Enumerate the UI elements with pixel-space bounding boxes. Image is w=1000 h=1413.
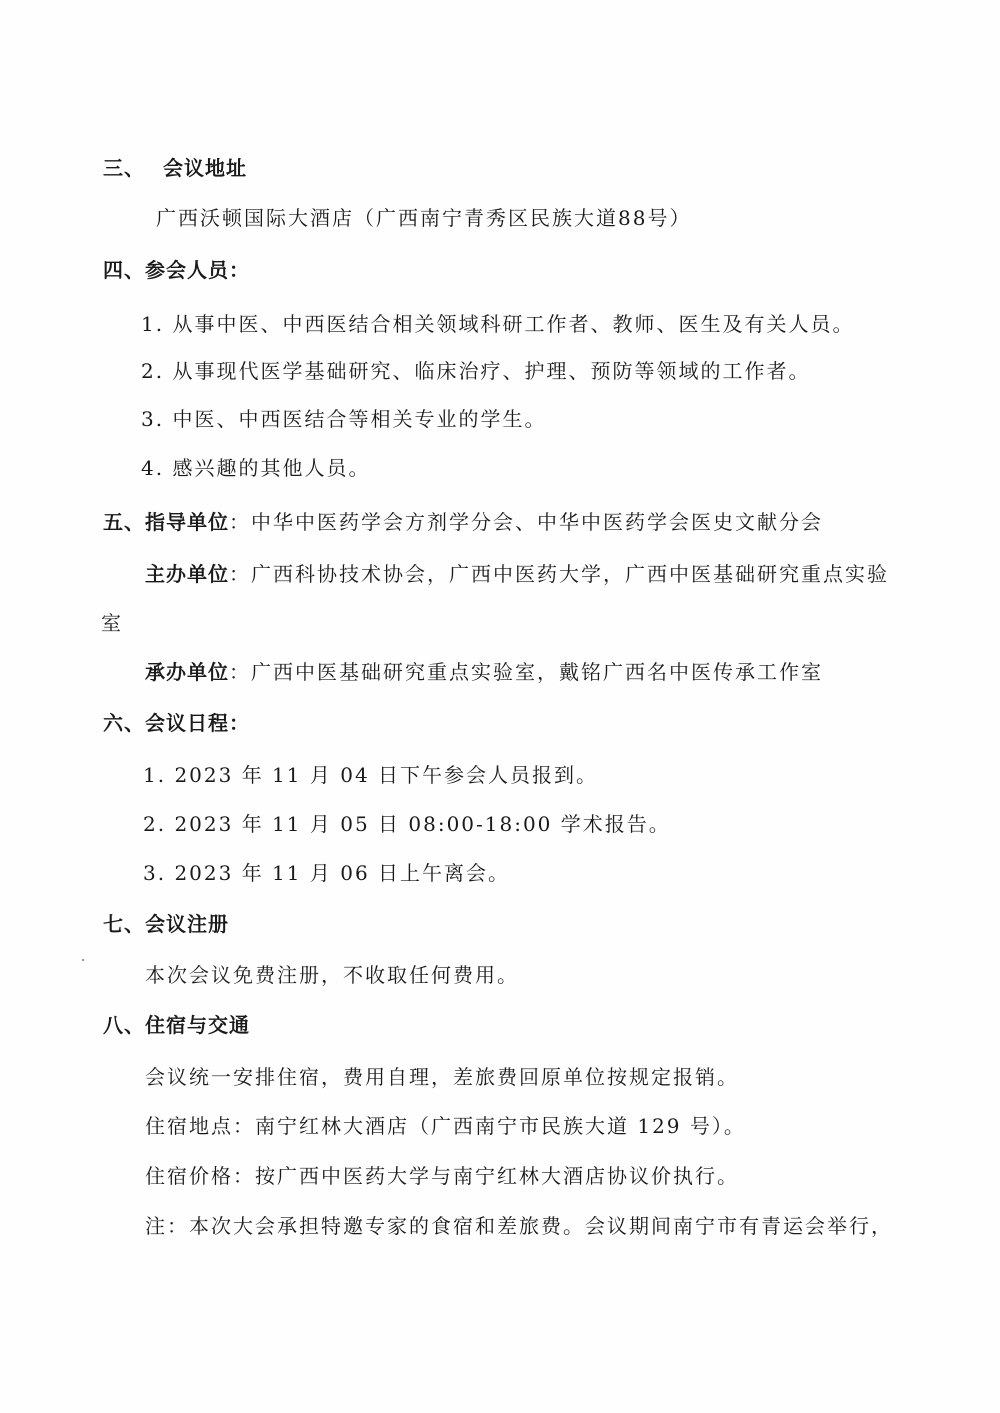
section-7-heading: 七、会议注册 [103, 911, 229, 937]
host-unit-label: 主办单位 [145, 562, 229, 586]
section-title: 会议日程： [145, 711, 250, 735]
participant-item: 1. 从事中医、中西医结合相关领域科研工作者、教师、医生及有关人员。 [141, 311, 854, 337]
guide-unit-line: 五、指导单位：中华中医药学会方剂学分会、中华中医药学会医史文献分会 [103, 509, 823, 535]
section-3-heading: 三、会议地址 [103, 155, 247, 181]
section-title: 会议地址 [163, 156, 247, 180]
section-number: 三、 [103, 156, 145, 180]
registration-note: 本次会议免费注册，不收取任何费用。 [145, 962, 519, 988]
host-unit-continuation: 室 [101, 610, 123, 636]
section-number: 八、 [103, 1013, 145, 1037]
accommodation-paragraph: 会议统一安排住宿，费用自理，差旅费回原单位按规定报销。 [145, 1064, 739, 1090]
section-number: 五、 [103, 510, 145, 534]
section-8-heading: 八、住宿与交通 [103, 1012, 250, 1038]
participant-item: 3. 中医、中西医结合等相关专业的学生。 [141, 406, 546, 432]
participant-item: 2. 从事现代医学基础研究、临床治疗、护理、预防等领域的工作者。 [141, 358, 810, 384]
section-number: 四、 [103, 258, 145, 282]
scan-speck [82, 959, 84, 961]
document-page: 三、会议地址 广西沃顿国际大酒店（广西南宁青秀区民族大道88号） 四、参会人员：… [0, 0, 1000, 1413]
schedule-item: 2. 2023 年 11 月 05 日 08:00-18:00 学术报告。 [143, 811, 671, 837]
guide-unit-value: ：中华中医药学会方剂学分会、中华中医药学会医史文献分会 [229, 510, 823, 534]
section-number: 七、 [103, 912, 145, 936]
section-title: 住宿与交通 [145, 1013, 250, 1037]
guide-unit-label: 指导单位 [145, 510, 229, 534]
organizer-unit-value: ：广西中医基础研究重点实验室，戴铭广西名中医传承工作室 [229, 660, 823, 684]
section-title: 参会人员： [145, 258, 250, 282]
section-title: 会议注册 [145, 912, 229, 936]
schedule-item: 3. 2023 年 11 月 06 日上午离会。 [143, 860, 510, 886]
accommodation-paragraph: 住宿价格：按广西中医药大学与南宁红林大酒店协议价执行。 [145, 1163, 739, 1189]
accommodation-paragraph: 注：本次大会承担特邀专家的食宿和差旅费。会议期间南宁市有青运会举行， [145, 1213, 893, 1239]
schedule-item: 1. 2023 年 11 月 04 日下午参会人员报到。 [143, 762, 598, 788]
host-unit-line: 主办单位：广西科协技术协会，广西中医药大学，广西中医基础研究重点实验 [145, 561, 889, 587]
section-number: 六、 [103, 711, 145, 735]
venue-address: 广西沃顿国际大酒店（广西南宁青秀区民族大道88号） [156, 205, 691, 231]
section-4-heading: 四、参会人员： [103, 257, 250, 283]
participant-item: 4. 感兴趣的其他人员。 [141, 455, 370, 481]
organizer-unit-line: 承办单位：广西中医基础研究重点实验室，戴铭广西名中医传承工作室 [145, 659, 823, 685]
organizer-unit-label: 承办单位 [145, 660, 229, 684]
accommodation-paragraph: 住宿地点：南宁红林大酒店（广西南宁市民族大道 129 号）。 [145, 1113, 746, 1139]
section-6-heading: 六、会议日程： [103, 710, 250, 736]
host-unit-value: ：广西科协技术协会，广西中医药大学，广西中医基础研究重点实验 [229, 562, 889, 586]
